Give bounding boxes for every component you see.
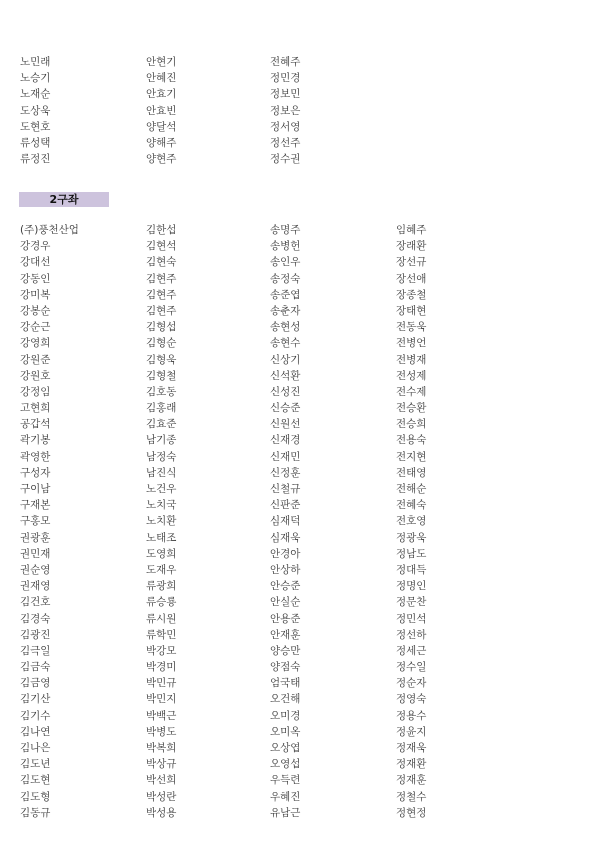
name-row: 김도형박성란우혜진정철수 <box>0 789 600 805</box>
name-cell: 안효기 <box>146 86 176 102</box>
name-cell: 김동규 <box>20 805 50 821</box>
name-cell: 정선주 <box>270 135 300 151</box>
name-cell: 안혜진 <box>146 70 176 86</box>
name-cell: 정광욱 <box>396 530 426 546</box>
name-cell: 김광진 <box>20 627 50 643</box>
name-row: 구재본노치국신판준전혜숙 <box>0 497 600 513</box>
name-cell: 전승환 <box>396 400 426 416</box>
name-cell: 송준엽 <box>270 287 300 303</box>
name-cell: 구성자 <box>20 465 50 481</box>
name-cell: 정철수 <box>396 789 426 805</box>
name-row: 구이남노건우신철규전해순 <box>0 481 600 497</box>
name-cell: 류시원 <box>146 611 176 627</box>
name-cell: 도재우 <box>146 562 176 578</box>
name-row: 김금영박민규엄국태정순자 <box>0 675 600 691</box>
name-cell: 심재덕 <box>270 513 300 529</box>
name-cell: 엄국태 <box>270 675 300 691</box>
name-cell: 신성진 <box>270 384 300 400</box>
name-cell: 정세근 <box>396 643 426 659</box>
name-cell: 전혜주 <box>270 54 300 70</box>
name-cell: 김현주 <box>146 287 176 303</box>
name-cell: 구재본 <box>20 497 50 513</box>
name-row: 도현호양달석정서영 <box>0 119 600 135</box>
name-row: 강영희김형순송현수전병언 <box>0 335 600 351</box>
name-row: 강미복김현주송준엽장종철 <box>0 287 600 303</box>
name-cell: 박병도 <box>146 724 176 740</box>
name-cell: 김금숙 <box>20 659 50 675</box>
name-cell: 박경미 <box>146 659 176 675</box>
name-cell: 류정진 <box>20 151 50 167</box>
name-cell: 강대선 <box>20 254 50 270</box>
name-cell: 전동욱 <box>396 319 426 335</box>
name-cell: 안실순 <box>270 594 300 610</box>
name-cell: 송현성 <box>270 319 300 335</box>
name-cell: 양달석 <box>146 119 176 135</box>
name-cell: 강봉순 <box>20 303 50 319</box>
name-cell: 우혜진 <box>270 789 300 805</box>
name-row: 노재순안효기정보민 <box>0 86 600 102</box>
name-row: 권재영류광희안승준정명인 <box>0 578 600 594</box>
name-cell: 김금영 <box>20 675 50 691</box>
name-row: 김금숙박경미양점숙정수일 <box>0 659 600 675</box>
name-cell: 오상엽 <box>270 740 300 756</box>
name-cell: 안경아 <box>270 546 300 562</box>
name-cell: 정선하 <box>396 627 426 643</box>
name-row: 김경숙류시원안용준정민석 <box>0 611 600 627</box>
name-cell: 송병헌 <box>270 238 300 254</box>
name-cell: 공갑석 <box>20 416 50 432</box>
name-cell: 정보민 <box>270 86 300 102</box>
name-cell: 박민규 <box>146 675 176 691</box>
name-cell: (주)풍천산업 <box>20 222 79 238</box>
name-cell: 신재경 <box>270 432 300 448</box>
name-row: 김도현박선희우득련정재훈 <box>0 772 600 788</box>
name-cell: 정민경 <box>270 70 300 86</box>
name-cell: 남정숙 <box>146 449 176 465</box>
name-cell: 박성용 <box>146 805 176 821</box>
name-cell: 오건해 <box>270 691 300 707</box>
name-cell: 남진식 <box>146 465 176 481</box>
name-cell: 안승준 <box>270 578 300 594</box>
name-cell: 박민지 <box>146 691 176 707</box>
name-cell: 권광훈 <box>20 530 50 546</box>
name-cell: 노태조 <box>146 530 176 546</box>
name-cell: 류학민 <box>146 627 176 643</box>
name-cell: 송인우 <box>270 254 300 270</box>
name-cell: 정민석 <box>396 611 426 627</box>
name-cell: 박선희 <box>146 772 176 788</box>
name-cell: 장종철 <box>396 287 426 303</box>
name-cell: 류성택 <box>20 135 50 151</box>
name-row: 곽기봉남기종신재경전용숙 <box>0 432 600 448</box>
name-cell: 김효준 <box>146 416 176 432</box>
name-cell: 임혜주 <box>396 222 426 238</box>
name-cell: 강정임 <box>20 384 50 400</box>
name-cell: 강미복 <box>20 287 50 303</box>
name-row: 김동규박성용유남근정현정 <box>0 805 600 821</box>
name-cell: 노승기 <box>20 70 50 86</box>
name-cell: 장래환 <box>396 238 426 254</box>
name-cell: 신판준 <box>270 497 300 513</box>
name-row: 김도년박상규오영섭정재환 <box>0 756 600 772</box>
name-cell: 정영숙 <box>396 691 426 707</box>
name-cell: 강원호 <box>20 368 50 384</box>
name-cell: 김나연 <box>20 724 50 740</box>
name-cell: 강경우 <box>20 238 50 254</box>
name-cell: 권민재 <box>20 546 50 562</box>
name-cell: 김현석 <box>146 238 176 254</box>
name-row: 류정진양현주정수권 <box>0 151 600 167</box>
name-row: 김기수박백근오미경정용수 <box>0 708 600 724</box>
name-row: 김광진류학민안재훈정선하 <box>0 627 600 643</box>
name-cell: 고현희 <box>20 400 50 416</box>
name-cell: 전혜숙 <box>396 497 426 513</box>
name-cell: 박백근 <box>146 708 176 724</box>
name-cell: 전수제 <box>396 384 426 400</box>
name-cell: 도상욱 <box>20 103 50 119</box>
name-row: 공갑석김효준신원선전승희 <box>0 416 600 432</box>
name-cell: 정재환 <box>396 756 426 772</box>
name-cell: 노재순 <box>20 86 50 102</box>
name-cell: 김도현 <box>20 772 50 788</box>
name-cell: 안효빈 <box>146 103 176 119</box>
name-cell: 전호영 <box>396 513 426 529</box>
name-row: 고현희김홍래신승준전승환 <box>0 400 600 416</box>
name-cell: 오미옥 <box>270 724 300 740</box>
name-cell: 양점숙 <box>270 659 300 675</box>
name-row: 권광훈노태조심재욱정광욱 <box>0 530 600 546</box>
name-cell: 강동인 <box>20 271 50 287</box>
name-cell: 안상하 <box>270 562 300 578</box>
name-cell: 정재훈 <box>396 772 426 788</box>
name-cell: 곽영한 <box>20 449 50 465</box>
name-cell: 박복희 <box>146 740 176 756</box>
name-cell: 노치국 <box>146 497 176 513</box>
name-cell: 박강모 <box>146 643 176 659</box>
name-cell: 심재욱 <box>270 530 300 546</box>
name-cell: 송정숙 <box>270 271 300 287</box>
name-cell: 김기수 <box>20 708 50 724</box>
name-cell: 유남근 <box>270 805 300 821</box>
name-row: 강원호김형철신석환전성제 <box>0 368 600 384</box>
section2-name-list: (주)풍천산업김한섭송명주임혜주강경우김현석송병헌장래환강대선김현숙송인우장선규… <box>0 222 600 821</box>
name-cell: 박성란 <box>146 789 176 805</box>
name-cell: 박상규 <box>146 756 176 772</box>
name-cell: 전지현 <box>396 449 426 465</box>
name-cell: 정용수 <box>396 708 426 724</box>
name-cell: 김한섭 <box>146 222 176 238</box>
name-cell: 송춘자 <box>270 303 300 319</box>
name-cell: 정문찬 <box>396 594 426 610</box>
name-row: 강대선김현숙송인우장선규 <box>0 254 600 270</box>
name-cell: 김형철 <box>146 368 176 384</box>
name-cell: 김현숙 <box>146 254 176 270</box>
name-cell: 전승희 <box>396 416 426 432</box>
name-cell: 송현수 <box>270 335 300 351</box>
name-row: 김건호류승룡안실순정문찬 <box>0 594 600 610</box>
name-cell: 전병재 <box>396 352 426 368</box>
name-cell: 도현호 <box>20 119 50 135</box>
name-cell: 전해순 <box>396 481 426 497</box>
name-cell: 강순근 <box>20 319 50 335</box>
name-cell: 신승준 <box>270 400 300 416</box>
name-row: 김극일박강모양승만정세근 <box>0 643 600 659</box>
name-cell: 양승만 <box>270 643 300 659</box>
name-row: (주)풍천산업김한섭송명주임혜주 <box>0 222 600 238</box>
name-cell: 류승룡 <box>146 594 176 610</box>
name-cell: 강영희 <box>20 335 50 351</box>
name-cell: 정재욱 <box>396 740 426 756</box>
name-row: 곽영한남정숙신재민전지현 <box>0 449 600 465</box>
name-cell: 정순자 <box>396 675 426 691</box>
name-cell: 신철규 <box>270 481 300 497</box>
name-row: 김나은박복희오상엽정재욱 <box>0 740 600 756</box>
name-row: 김나연박병도오미옥정윤지 <box>0 724 600 740</box>
name-cell: 신정훈 <box>270 465 300 481</box>
name-cell: 남기종 <box>146 432 176 448</box>
name-cell: 정수일 <box>396 659 426 675</box>
name-row: 구홍모노치환심재덕전호영 <box>0 513 600 529</box>
name-cell: 권순영 <box>20 562 50 578</box>
name-cell: 양현주 <box>146 151 176 167</box>
name-cell: 구홍모 <box>20 513 50 529</box>
name-cell: 김건호 <box>20 594 50 610</box>
name-cell: 신재민 <box>270 449 300 465</box>
name-cell: 김극일 <box>20 643 50 659</box>
name-cell: 양해주 <box>146 135 176 151</box>
name-cell: 정남도 <box>396 546 426 562</box>
name-cell: 김현주 <box>146 271 176 287</box>
name-cell: 노건우 <box>146 481 176 497</box>
name-cell: 노치환 <box>146 513 176 529</box>
name-cell: 정현정 <box>396 805 426 821</box>
name-cell: 전태영 <box>396 465 426 481</box>
name-cell: 김홍래 <box>146 400 176 416</box>
name-cell: 권재영 <box>20 578 50 594</box>
name-row: 권순영도재우안상하정대득 <box>0 562 600 578</box>
name-cell: 김형순 <box>146 335 176 351</box>
name-cell: 곽기봉 <box>20 432 50 448</box>
name-cell: 김경숙 <box>20 611 50 627</box>
name-row: 김기산박민지오건해정영숙 <box>0 691 600 707</box>
name-cell: 우득련 <box>270 772 300 788</box>
name-cell: 장선애 <box>396 271 426 287</box>
name-row: 강순근김형섭송현성전동욱 <box>0 319 600 335</box>
name-cell: 전성제 <box>396 368 426 384</box>
name-cell: 김기산 <box>20 691 50 707</box>
section-header-2gujwa: 2구좌 <box>19 192 109 207</box>
name-cell: 김호동 <box>146 384 176 400</box>
name-cell: 김형욱 <box>146 352 176 368</box>
section1-name-list: 노민래안현기전혜주노승기안혜진정민경노재순안효기정보민도상욱안효빈정보은도현호양… <box>0 54 600 167</box>
name-row: 권민재도영희안경아정남도 <box>0 546 600 562</box>
name-row: 구성자남진식신정훈전태영 <box>0 465 600 481</box>
name-cell: 김도형 <box>20 789 50 805</box>
name-cell: 정보은 <box>270 103 300 119</box>
name-cell: 정대득 <box>396 562 426 578</box>
name-cell: 도영희 <box>146 546 176 562</box>
name-row: 강봉순김현주송춘자장태현 <box>0 303 600 319</box>
name-cell: 장태현 <box>396 303 426 319</box>
name-cell: 정서영 <box>270 119 300 135</box>
name-cell: 신상기 <box>270 352 300 368</box>
name-cell: 안용준 <box>270 611 300 627</box>
name-cell: 전용숙 <box>396 432 426 448</box>
name-cell: 강원준 <box>20 352 50 368</box>
name-cell: 구이남 <box>20 481 50 497</box>
name-cell: 정수권 <box>270 151 300 167</box>
name-cell: 김형섭 <box>146 319 176 335</box>
name-row: 류성택양해주정선주 <box>0 135 600 151</box>
name-cell: 송명주 <box>270 222 300 238</box>
name-cell: 장선규 <box>396 254 426 270</box>
name-cell: 김나은 <box>20 740 50 756</box>
name-cell: 김현주 <box>146 303 176 319</box>
name-cell: 류광희 <box>146 578 176 594</box>
name-row: 도상욱안효빈정보은 <box>0 103 600 119</box>
name-cell: 김도년 <box>20 756 50 772</box>
name-cell: 노민래 <box>20 54 50 70</box>
name-cell: 정윤지 <box>396 724 426 740</box>
name-cell: 정명인 <box>396 578 426 594</box>
name-row: 강정임김호동신성진전수제 <box>0 384 600 400</box>
name-row: 강동인김현주송정숙장선애 <box>0 271 600 287</box>
name-cell: 신석환 <box>270 368 300 384</box>
name-cell: 안현기 <box>146 54 176 70</box>
name-cell: 오영섭 <box>270 756 300 772</box>
name-cell: 오미경 <box>270 708 300 724</box>
name-cell: 신원선 <box>270 416 300 432</box>
name-cell: 전병언 <box>396 335 426 351</box>
name-row: 노민래안현기전혜주 <box>0 54 600 70</box>
name-cell: 안재훈 <box>270 627 300 643</box>
name-row: 강경우김현석송병헌장래환 <box>0 238 600 254</box>
name-row: 강원준김형욱신상기전병재 <box>0 352 600 368</box>
name-row: 노승기안혜진정민경 <box>0 70 600 86</box>
